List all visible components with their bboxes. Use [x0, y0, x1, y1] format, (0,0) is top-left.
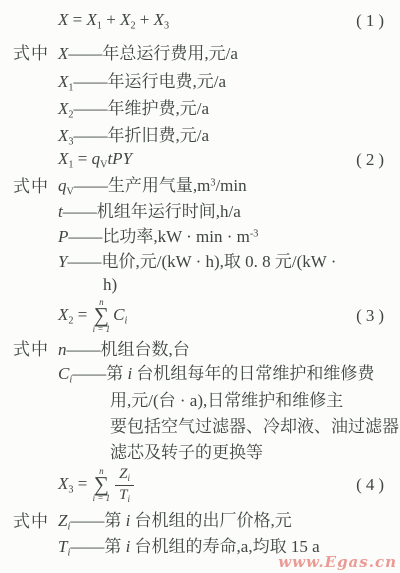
math-text: ——第 [70, 511, 125, 530]
math-text: 台机组每年的日常维护和维修费 [132, 364, 374, 383]
math-content: qV——生产用气量,m3/min [58, 171, 247, 198]
math-content: Zi——第 i 台机组的出厂价格,元 [58, 506, 292, 533]
continuation-line: 用,元/(台 · a),日常维护和维修主 [0, 385, 400, 411]
math-content: X——年总运行费用,元/a [58, 39, 238, 64]
math-text: ——机组年运行时间,h/a [63, 202, 241, 221]
math-content: X3 = n∑i = 1ZiTi [58, 466, 136, 504]
definition-line: t——机组年运行时间,h/a [0, 197, 400, 222]
math-content: n——机组台数,台 [58, 335, 190, 360]
math-text: ——第 [72, 364, 127, 383]
math-text: i [128, 473, 131, 483]
math-content: t——机组年运行时间,h/a [58, 197, 241, 222]
math-content: Ci——第 i 台机组每年的日常维护和维修费 [58, 359, 374, 386]
definition-line: 式中qV——生产用气量,m3/min [0, 172, 400, 197]
scanned-paper-page: X = X1 + X2 + X3(1)式中X——年总运行费用,元/aX1——年运… [0, 0, 400, 573]
math-content: Y——电价,元/(kW · h),取 0. 8 元/(kW · [58, 247, 336, 272]
definition-line: Y——电价,元/(kW · h),取 0. 8 元/(kW · [0, 247, 400, 272]
math-content: P——比功率,kW · min · m-3 [58, 222, 258, 247]
math-text: X [58, 44, 68, 63]
math-text: h) [103, 275, 117, 294]
math-text: = [73, 474, 91, 493]
math-content: X1 = qVtPY [58, 149, 132, 171]
math-text: 滤芯及转子的更换等 [110, 443, 263, 462]
definition-label: 式中 [13, 335, 58, 360]
math-content: X = X1 + X2 + X3 [58, 10, 169, 32]
math-content: h) [103, 275, 117, 295]
math-text: ——电价,元/(kW · h),取 0. 8 元/(kW · [67, 252, 336, 271]
math-text: 3 [164, 21, 169, 32]
summation-symbol: n∑i = 1 [93, 467, 111, 503]
math-text: P [112, 149, 122, 168]
math-text: Y [123, 149, 132, 168]
math-text: X [86, 10, 96, 29]
math-text: X [58, 126, 68, 145]
definition-label: 式中 [13, 39, 58, 64]
definition-line: 式中n——机组台数,台 [0, 335, 400, 359]
definition-label: 式中 [13, 507, 58, 532]
math-content: X2——年维护费,元/a [58, 94, 209, 121]
continuation-line: h) [0, 272, 400, 297]
formula-line: X3 = n∑i = 1ZiTi(4) [0, 463, 400, 507]
definition-line: 式中X——年总运行费用,元/a [0, 36, 400, 66]
math-text: X [154, 10, 164, 29]
math-text: Z [119, 466, 127, 482]
math-text: q [58, 176, 67, 195]
definition-line: P——比功率,kW · min · m-3 [0, 222, 400, 247]
math-text: X [58, 305, 68, 324]
math-text: i [125, 315, 128, 326]
math-text: -3 [250, 228, 259, 239]
formula-line: X1 = qVtPY(2) [0, 148, 400, 172]
fraction: ZiTi [115, 466, 134, 504]
math-content: 要包括空气过滤器、冷却液、油过滤器 [110, 412, 399, 437]
math-text: T [119, 487, 127, 503]
math-content: 滤芯及转子的更换等 [110, 438, 263, 463]
summation-symbol: n∑i = 1 [93, 298, 111, 334]
math-text: P [58, 227, 68, 246]
math-text: /min [215, 176, 246, 195]
equation-number: (1) [356, 11, 388, 31]
math-text: C [58, 364, 69, 383]
math-text: X [58, 474, 68, 493]
math-text: + [136, 10, 154, 29]
math-text: ——年维护费,元/a [73, 99, 209, 118]
math-content: X1——年运行电费,元/a [58, 67, 226, 94]
continuation-line: 要包括空气过滤器、冷却液、油过滤器 [0, 411, 400, 437]
definition-line: X2——年维护费,元/a [0, 94, 400, 121]
math-text: ——第 [70, 537, 125, 556]
formula-line: X2 = n∑i = 1Ci(3) [0, 297, 400, 335]
math-text: 台机组的出厂价格,元 [130, 511, 292, 530]
equation-number: (2) [356, 150, 388, 170]
math-text: C [113, 305, 124, 324]
math-text: n [58, 340, 67, 359]
math-content: 用,元/(台 · a),日常维护和维修主 [110, 386, 343, 411]
math-text: X [58, 10, 68, 29]
equation-number: (4) [356, 475, 388, 495]
watermark-text: www.Egas.cn [278, 553, 397, 571]
definition-line: Ci——第 i 台机组每年的日常维护和维修费 [0, 359, 400, 385]
math-content: X3——年折旧费,元/a [58, 121, 209, 148]
math-text: 要包括空气过滤器、冷却液、油过滤器 [110, 417, 399, 436]
math-text: q [92, 149, 101, 168]
math-text: + [102, 10, 120, 29]
definition-line: X1——年运行电费,元/a [0, 66, 400, 94]
math-text: = [73, 149, 91, 168]
math-text: X [58, 149, 68, 168]
math-content: X2 = n∑i = 1Ci [58, 298, 127, 334]
definition-line: 式中Zi——第 i 台机组的出厂价格,元 [0, 507, 400, 532]
math-text: 用,元/(台 · a),日常维护和维修主 [110, 391, 343, 410]
definition-label: 式中 [13, 172, 58, 197]
math-text: ——年总运行费用,元/a [68, 44, 238, 63]
equation-number: (3) [356, 306, 388, 326]
math-text: i [128, 494, 131, 504]
math-text: = [73, 305, 91, 324]
math-text: X [58, 72, 68, 91]
equations-block: X = X1 + X2 + X3(1)式中X——年总运行费用,元/aX1——年运… [0, 6, 400, 559]
math-text: ——比功率,kW · min · m [68, 227, 249, 246]
math-text: ——年运行电费,元/a [73, 72, 226, 91]
math-text: ——机组台数,台 [67, 340, 190, 359]
math-text: = [68, 10, 86, 29]
definition-line: X3——年折旧费,元/a [0, 121, 400, 148]
math-text: ——年折旧费,元/a [73, 126, 209, 145]
continuation-line: 滤芯及转子的更换等 [0, 437, 400, 463]
math-text: ——生产用气量,m [74, 176, 210, 195]
math-text: X [120, 10, 130, 29]
formula-line: X = X1 + X2 + X3(1) [0, 6, 400, 36]
math-text: X [58, 99, 68, 118]
